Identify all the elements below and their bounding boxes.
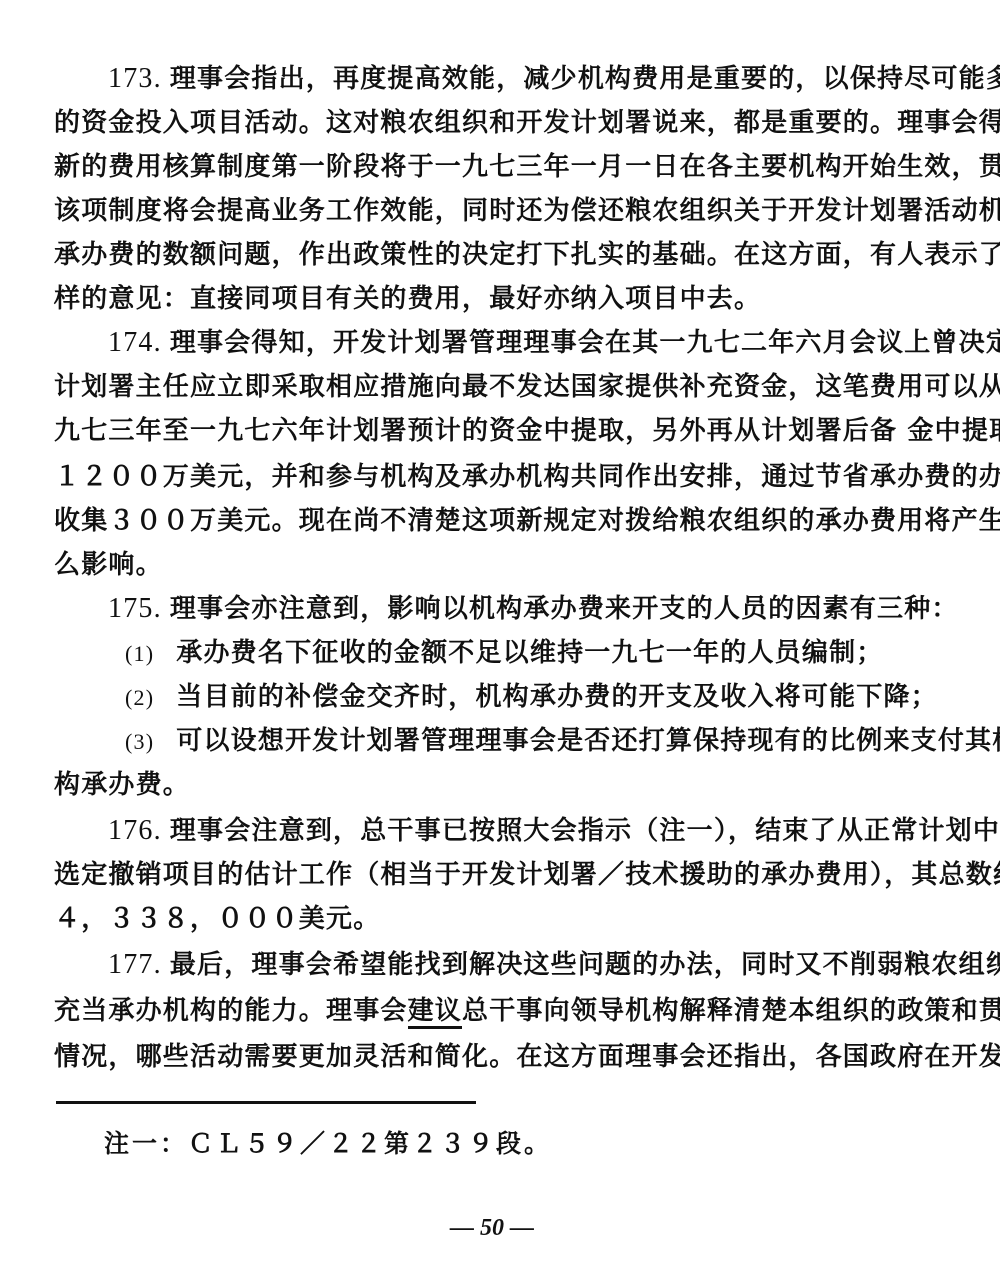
paragraph-176-line-1: 176.理事会注意到，总干事已按照大会指示（注一），结束了从正常计划中	[108, 808, 1000, 854]
footnote: 注一：ＣＬ５９／２２第２３９段。	[104, 1124, 552, 1160]
paragraph-173-line-2: 的资金投入项目活动。这对粮农组织和开发计划署说来，都是重要的。理事会得悉，	[54, 100, 954, 146]
paragraph-175-intro: 175.理事会亦注意到，影响以机构承办费来开支的人员的因素有三种：	[108, 586, 1000, 632]
paragraph-number: 173.	[108, 63, 162, 94]
paragraph-176-line-3: ４，３３８，０００美元。	[54, 896, 954, 942]
paragraph-175-item-2: (2)当目前的补偿金交齐时，机构承办费的开支及收入将可能下降；	[125, 674, 1000, 721]
paragraph-173-line-5: 承办费的数额问题，作出政策性的决定打下扎实的基础。在这方面，有人表示了这	[54, 232, 954, 278]
paragraph-174-line-3: 九七三年至一九七六年计划署预计的资金中提取，另外再从计划署后备 金中提取	[54, 408, 954, 454]
paragraph-175-item-3-continuation: 构承办费。	[54, 762, 954, 808]
paragraph-177-line-3: 情况，哪些活动需要更加灵活和简化。在这方面理事会还指出，各国政府在开发计	[54, 1034, 954, 1080]
paragraph-176-line-2: 选定撤销项目的估计工作（相当于开发计划署／技术援助的承办费用），其总数约	[54, 852, 954, 898]
paragraph-173-line-3: 新的费用核算制度第一阶段将于一九七三年一月一日在各主要机构开始生效，贯彻	[54, 144, 954, 190]
item-label: (1)	[125, 641, 154, 666]
paragraph-174-line-2: 计划署主任应立即采取相应措施向最不发达国家提供补充资金，这笔费用可以从一	[54, 364, 954, 410]
footnote-divider	[56, 1101, 476, 1104]
paragraph-number: 175.	[108, 593, 162, 624]
paragraph-number: 174.	[108, 327, 162, 358]
paragraph-number: 177.	[108, 949, 162, 980]
underlined-text: 建议	[408, 996, 462, 1029]
document-page: 173.理事会指出，再度提高效能，减少机构费用是重要的，以保持尽可能多 的资金投…	[0, 0, 1000, 1270]
paragraph-173-line-4: 该项制度将会提高业务工作效能，同时还为偿还粮农组织关于开发计划署活动机构	[54, 188, 954, 234]
paragraph-177-line-1: 177.最后，理事会希望能找到解决这些问题的办法，同时又不削弱粮农组织	[108, 942, 1000, 988]
paragraph-173-line-6: 样的意见：直接同项目有关的费用，最好亦纳入项目中去。	[54, 276, 954, 322]
paragraph-173-line-1: 173.理事会指出，再度提高效能，减少机构费用是重要的，以保持尽可能多	[108, 56, 1000, 102]
paragraph-177-line-2: 充当承办机构的能力。理事会建议总干事向领导机构解释清楚本组织的政策和贯彻	[54, 988, 954, 1034]
item-label: (2)	[125, 685, 154, 710]
item-label: (3)	[125, 729, 154, 754]
paragraph-175-item-3: (3)可以设想开发计划署管理理事会是否还打算保持现有的比例来支付其机	[125, 718, 1000, 765]
page-number: — 50 —	[450, 1215, 534, 1242]
paragraph-175-item-1: (1)承办费名下征收的金额不足以维持一九七一年的人员编制；	[125, 630, 1000, 677]
paragraph-174-line-5: 收集３００万美元。现在尚不清楚这项新规定对拨给粮农组织的承办费用将产生什	[54, 498, 954, 544]
paragraph-174-line-6: 么影响。	[54, 542, 954, 588]
paragraph-174-line-4: １２００万美元，并和参与机构及承办机构共同作出安排，通过节省承办费的办法	[54, 454, 954, 500]
paragraph-number: 176.	[108, 815, 162, 846]
paragraph-174-line-1: 174.理事会得知，开发计划署管理理事会在其一九七二年六月会议上曾决定：	[108, 320, 1000, 366]
